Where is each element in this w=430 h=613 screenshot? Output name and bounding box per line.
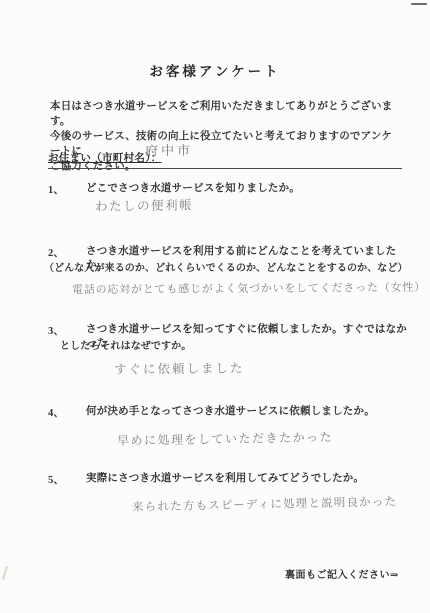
question-5-number: 5、: [48, 472, 86, 487]
residence-line: お住まい（市町村名）： 府中市: [48, 144, 402, 169]
answer-4-handwritten: 早めに処理をしていただきたかった: [117, 428, 333, 449]
answer-2-handwritten: 電話の応対がとても感じがよく気づかいをしてくださった（女性）: [72, 279, 426, 297]
question-2-subtext: （どんな人が来るのか、どれくらいでくるのか、どんなことをするのか、など）: [44, 259, 408, 274]
question-5-text: 実際にさつき水道サービスを利用してみてどうでしたか。: [86, 472, 408, 487]
question-4-number: 4、: [48, 405, 86, 420]
scanned-survey-page: お客様アンケート 本日はさつき水道サービスをご利用いただきましてありがとうござい…: [0, 0, 430, 613]
question-3: 3、 さつき水道サービスを知ってすぐに依頼しましたか。すぐではなかった としたら…: [48, 323, 408, 351]
question-4: 4、 何が決め手となってさつき水道サービスに依頼しましたか。: [48, 405, 408, 420]
question-2: 2、 さつき水道サービスを利用する前にどんなことを考えていましたか。 （どんな人…: [48, 245, 408, 273]
answer-1-handwritten: わたしの便利帳: [95, 195, 193, 214]
question-3-subtext: としたらそれはなぜですか。: [60, 337, 191, 352]
handwriting: 府中市: [145, 140, 193, 160]
question-1: 1、 どこでさつき水道サービスを知りましたか。: [48, 182, 408, 197]
scan-artifact-bottom: [2, 566, 8, 580]
question-5: 5、 実際にさつき水道サービスを利用してみてどうでしたか。: [48, 472, 408, 487]
question-4-text: 何が決め手となってさつき水道サービスに依頼しましたか。: [86, 405, 408, 420]
footer-note: 裏面もご記入ください⇒: [285, 566, 399, 581]
survey-title: お客様アンケート: [0, 60, 430, 80]
answer-3-handwritten: すぐに依頼しました: [114, 358, 245, 377]
question-1-number: 1、: [48, 182, 86, 197]
answer-5-handwritten: 来られた方もスピーディに処理と説明良かった: [132, 493, 398, 515]
residence-answer-handwritten: 府中市: [145, 140, 193, 160]
question-1-text: どこでさつき水道サービスを知りましたか。: [86, 182, 408, 197]
scan-artifact-top: [411, 3, 427, 5]
